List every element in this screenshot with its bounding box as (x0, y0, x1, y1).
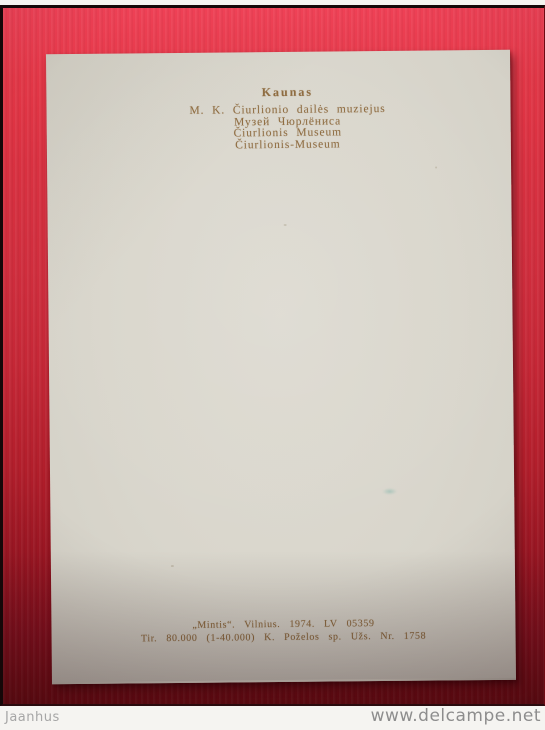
postcard-title: Kaunas (64, 83, 510, 102)
postcard-back: Kaunas M. K. Čiurlionio dailės muziejus … (46, 50, 516, 684)
postcard-caption-block: Kaunas M. K. Čiurlionio dailės muziejus … (46, 83, 511, 154)
red-mat-background: Kaunas M. K. Čiurlionio dailės muziejus … (0, 5, 545, 706)
paper-speck (171, 565, 174, 567)
seller-watermark: Jaanhus (5, 710, 60, 725)
delcampe-watermark: www.delcampe.net (371, 706, 541, 726)
ink-smudge (382, 488, 397, 495)
paper-speck (284, 224, 287, 226)
scanned-listing-photo: Kaunas M. K. Čiurlionio dailės muziejus … (0, 0, 545, 730)
paper-speck (435, 166, 437, 168)
print-imprint-block: „Mintis“. Vilnius. 1974. LV 05359 Tir. 8… (51, 616, 515, 646)
